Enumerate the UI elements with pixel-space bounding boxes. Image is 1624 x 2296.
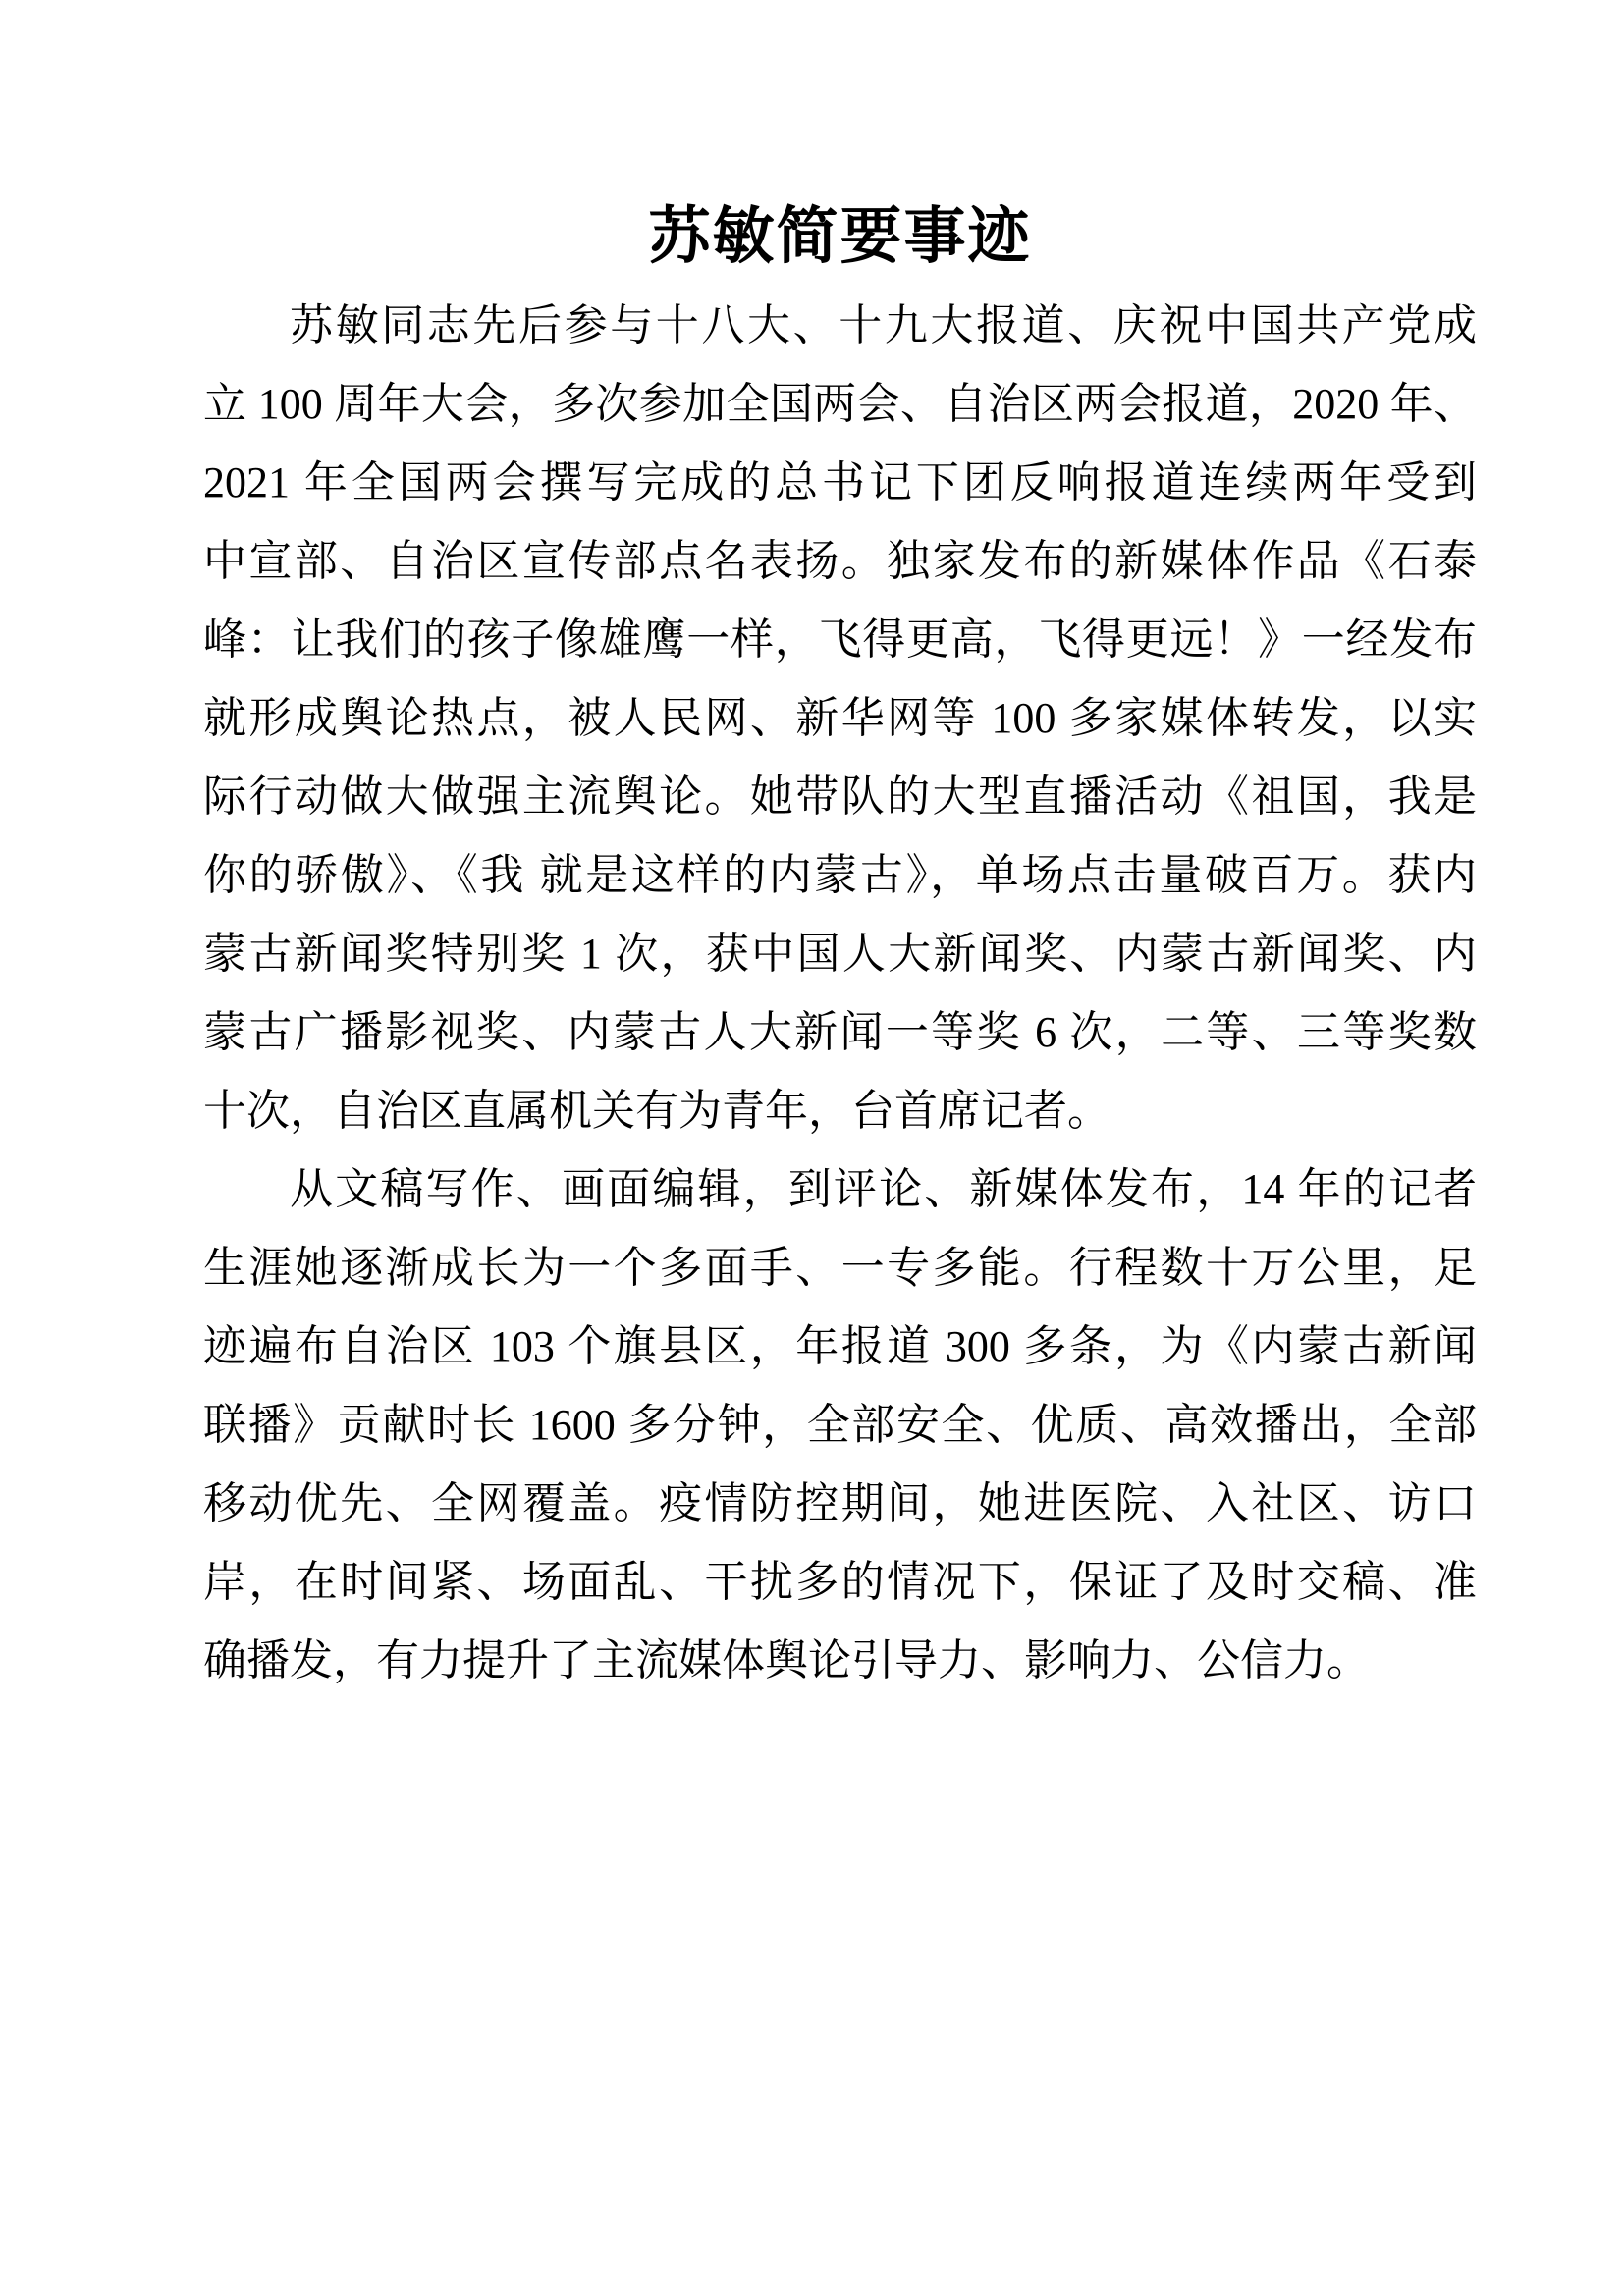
text-line: 蒙古广播影视奖、内蒙古人大新闻一等奖 6 次，二等、三等奖数 xyxy=(203,993,1477,1072)
text-line: 迹遍布自治区 103 个旗县区，年报道 300 多条，为《内蒙古新闻 xyxy=(203,1308,1477,1386)
document-page: 苏敏简要事迹 苏敏同志先后参与十八大、十九大报道、庆祝中国共产党成立 100 周… xyxy=(0,0,1624,2296)
text-line: 2021 年全国两会撰写完成的总书记下团反响报道连续两年受到 xyxy=(203,444,1477,522)
document-body: 苏敏同志先后参与十八大、十九大报道、庆祝中国共产党成立 100 周年大会，多次参… xyxy=(203,287,1477,1700)
text-line: 峰：让我们的孩子像雄鹰一样，飞得更高，飞得更远！》一经发布 xyxy=(203,601,1477,679)
text-line: 确播发，有力提升了主流媒体舆论引导力、影响力、公信力。 xyxy=(203,1622,1477,1700)
text-line: 生涯她逐渐成长为一个多面手、一专多能。行程数十万公里，足 xyxy=(203,1229,1477,1308)
text-line: 立 100 周年大会，多次参加全国两会、自治区两会报道，2020 年、 xyxy=(203,365,1477,444)
text-line: 苏敏同志先后参与十八大、十九大报道、庆祝中国共产党成 xyxy=(203,287,1477,365)
paragraph: 从文稿写作、画面编辑，到评论、新媒体发布，14 年的记者生涯她逐渐成长为一个多面… xyxy=(203,1150,1477,1700)
text-line: 中宣部、自治区宣传部点名表扬。独家发布的新媒体作品《石泰 xyxy=(203,522,1477,601)
text-line: 岸，在时间紧、场面乱、干扰多的情况下，保证了及时交稿、准 xyxy=(203,1543,1477,1622)
text-line: 蒙古新闻奖特别奖 1 次，获中国人大新闻奖、内蒙古新闻奖、内 xyxy=(203,915,1477,993)
text-line: 联播》贡献时长 1600 多分钟，全部安全、优质、高效播出，全部 xyxy=(203,1386,1477,1465)
text-line: 就形成舆论热点，被人民网、新华网等 100 多家媒体转发，以实 xyxy=(203,679,1477,758)
text-line: 你的骄傲》、《我 就是这样的内蒙古》，单场点击量破百万。获内 xyxy=(203,836,1477,915)
text-line: 际行动做大做强主流舆论。她带队的大型直播活动《祖国，我是 xyxy=(203,758,1477,836)
document-title: 苏敏简要事迹 xyxy=(203,201,1477,272)
text-line: 从文稿写作、画面编辑，到评论、新媒体发布，14 年的记者 xyxy=(203,1150,1477,1229)
paragraph: 苏敏同志先后参与十八大、十九大报道、庆祝中国共产党成立 100 周年大会，多次参… xyxy=(203,287,1477,1150)
text-line: 十次，自治区直属机关有为青年，台首席记者。 xyxy=(203,1072,1477,1150)
text-line: 移动优先、全网覆盖。疫情防控期间，她进医院、入社区、访口 xyxy=(203,1465,1477,1543)
